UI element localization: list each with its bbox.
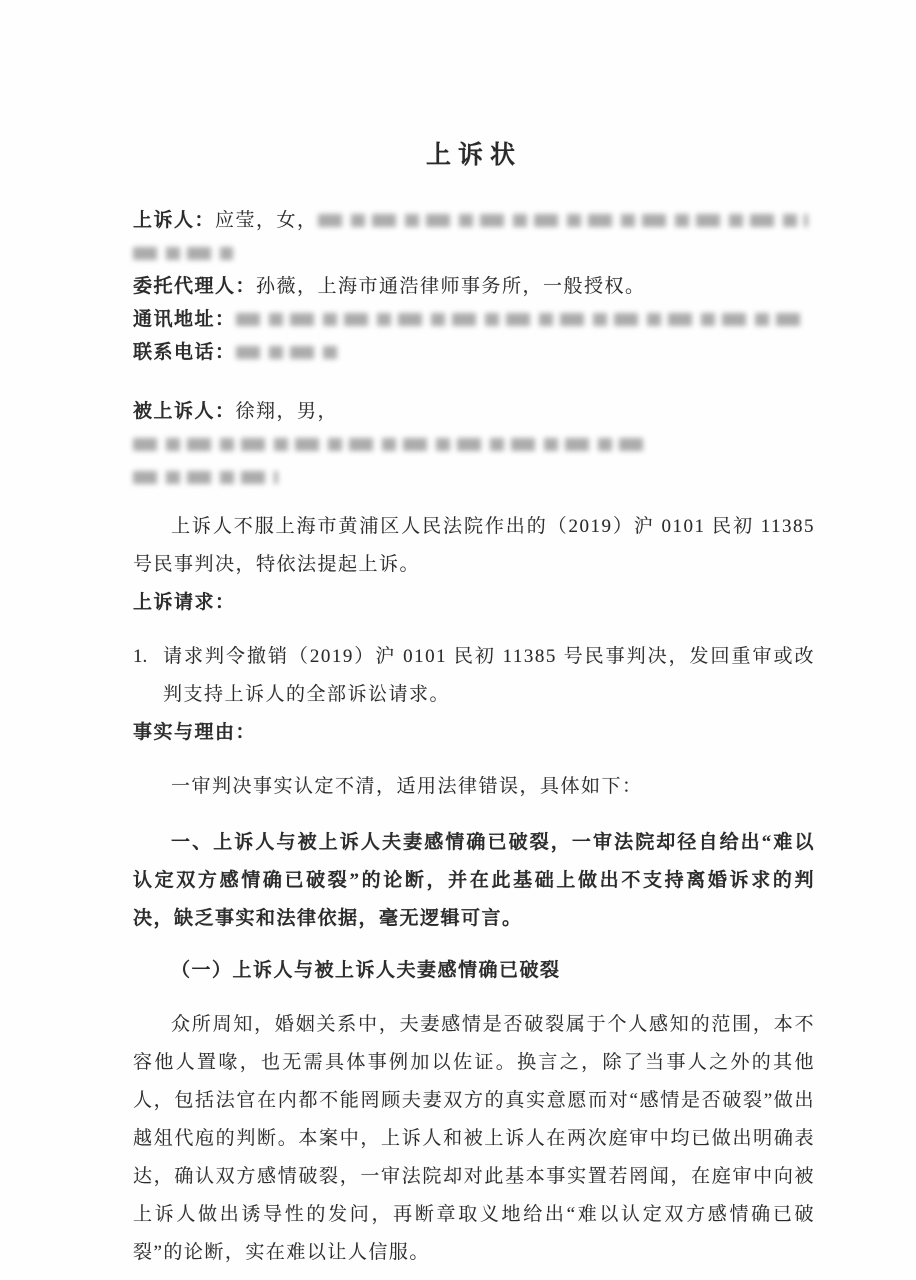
request-item-text: 请求判令撤销（2019）沪 0101 民初 11385 号民事判决，发回重审或改… (163, 638, 815, 714)
appellee-value: 徐翔，男， (236, 401, 339, 422)
phone-label: 联系电话： (133, 342, 236, 363)
redacted-address (236, 313, 808, 326)
agent-value: 孙薇，上海市通浩律师事务所，一般授权。 (256, 276, 646, 297)
intro-paragraph: 上诉人不服上海市黄浦区人民法院作出的（2019）沪 0101 民初 11385 … (133, 508, 815, 584)
appellant-label: 上诉人： (133, 210, 215, 231)
redacted-phone-number (236, 346, 338, 359)
request-heading: 上诉请求： (133, 584, 815, 622)
redacted-appellant-details-cont (133, 247, 233, 260)
appellee-line: 被上诉人：徐翔，男， (133, 395, 815, 494)
phone-line: 联系电话： (133, 336, 815, 369)
request-item-number: 1. (133, 638, 163, 714)
argument-1-body-paragraph: 众所周知，婚姻关系中，夫妻感情是否破裂属于个人感知的范围，本不容他人置喙，也无需… (133, 1006, 815, 1272)
appellant-value: 应莹，女， (215, 210, 318, 231)
redacted-appellant-details (318, 214, 808, 227)
appellee-info-block: 被上诉人：徐翔，男， (133, 395, 815, 494)
party-info-block: 上诉人：应莹，女， 委托代理人：孙薇，上海市通浩律师事务所，一般授权。 通讯地址… (133, 204, 815, 369)
facts-heading: 事实与理由： (133, 714, 815, 752)
redacted-appellee-details-cont (133, 471, 278, 484)
agent-line: 委托代理人：孙薇，上海市通浩律师事务所，一般授权。 (133, 270, 815, 303)
address-label: 通讯地址： (133, 309, 236, 330)
facts-intro-paragraph: 一审判决事实认定不清，适用法律错误，具体如下： (133, 768, 815, 806)
agent-label: 委托代理人： (133, 276, 256, 297)
argument-1-heading: 一、上诉人与被上诉人夫妻感情确已破裂，一审法院却径自给出“难以认定双方感情确已破… (133, 824, 815, 938)
appeal-petition-page: 上诉状 上诉人：应莹，女， 委托代理人：孙薇，上海市通浩律师事务所，一般授权。 … (0, 0, 916, 1280)
request-item-1: 1. 请求判令撤销（2019）沪 0101 民初 11385 号民事判决，发回重… (133, 638, 815, 714)
appellee-label: 被上诉人： (133, 401, 236, 422)
appellant-line: 上诉人：应莹，女， (133, 204, 815, 270)
argument-1-subheading: （一）上诉人与被上诉人夫妻感情确已破裂 (133, 952, 815, 990)
redacted-appellee-details (133, 438, 645, 451)
address-line: 通讯地址： (133, 303, 815, 336)
document-title: 上诉状 (133, 138, 815, 174)
